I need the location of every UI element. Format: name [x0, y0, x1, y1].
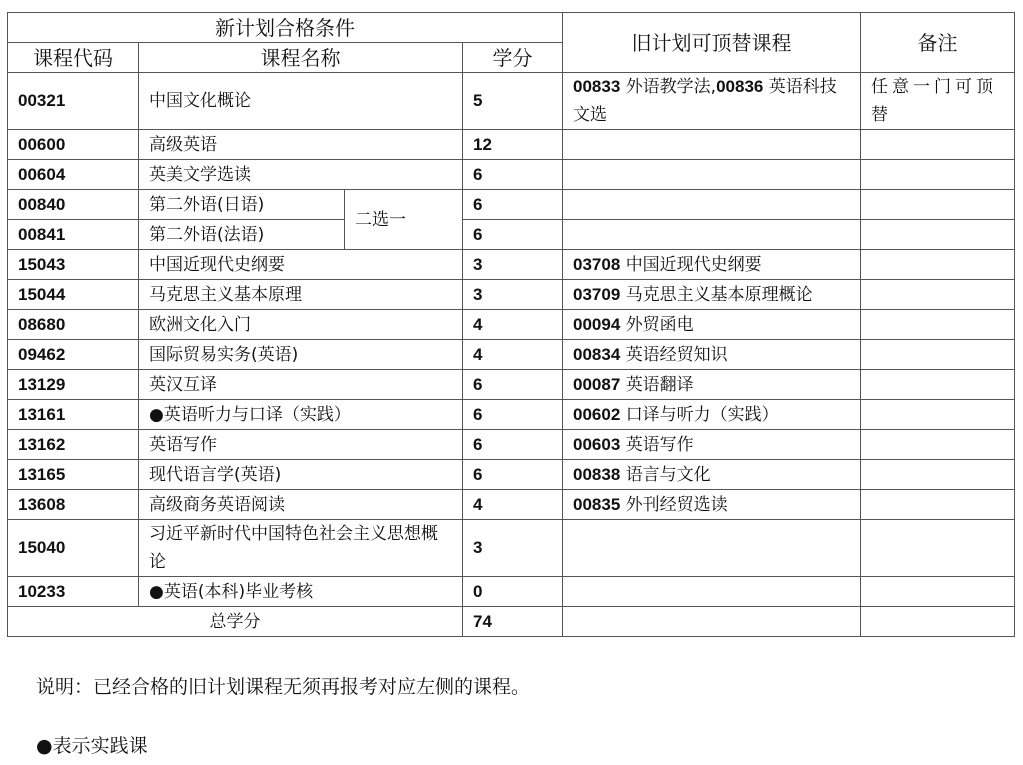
course-code: 13165: [8, 460, 139, 490]
new-plan-group-header: 新计划合格条件: [8, 13, 563, 43]
course-credit: 3: [463, 250, 563, 280]
remark: [861, 577, 1015, 607]
course-credit: 6: [463, 220, 563, 250]
course-name: 欧洲文化入门: [139, 310, 463, 340]
remark: 任意一门可顶替: [861, 73, 1015, 130]
table-row: 15044 马克思主义基本原理 3 03709 马克思主义基本原理概论: [8, 280, 1015, 310]
old-course: [563, 607, 861, 637]
total-label: 总学分: [8, 607, 463, 637]
credit-header: 学分: [463, 43, 563, 73]
course-credit: 6: [463, 460, 563, 490]
old-course: 03708 中国近现代史纲要: [563, 250, 861, 280]
explanation-note: 说明：已经合格的旧计划课程无须再报考对应左侧的课程。: [36, 672, 530, 699]
course-credit: 5: [463, 73, 563, 130]
code-header: 课程代码: [8, 43, 139, 73]
course-name: 第二外语(日语): [139, 190, 345, 220]
course-name: 中国近现代史纲要: [139, 250, 463, 280]
remark: [861, 130, 1015, 160]
old-course: 00087 英语翻译: [563, 370, 861, 400]
table-row: 13165 现代语言学(英语) 6 00838 语言与文化: [8, 460, 1015, 490]
old-course: 00603 英语写作: [563, 430, 861, 460]
remark: [861, 607, 1015, 637]
course-credit: 0: [463, 577, 563, 607]
table-row: 10233 ●英语(本科)毕业考核 0: [8, 577, 1015, 607]
course-code: 15043: [8, 250, 139, 280]
table-row: 13608 高级商务英语阅读 4 00835 外刊经贸选读: [8, 490, 1015, 520]
remark: [861, 460, 1015, 490]
table-row: 00604 英美文学选读 6: [8, 160, 1015, 190]
total-credit: 74: [463, 607, 563, 637]
course-name: 第二外语(法语): [139, 220, 345, 250]
course-name: 中国文化概论: [139, 73, 463, 130]
course-name: 现代语言学(英语): [139, 460, 463, 490]
old-course: 00834 英语经贸知识: [563, 340, 861, 370]
old-course: 00094 外贸函电: [563, 310, 861, 340]
course-credit: 3: [463, 280, 563, 310]
old-course: [563, 190, 861, 220]
course-name: 英美文学选读: [139, 160, 463, 190]
course-credit: 3: [463, 520, 563, 577]
table-row: 00600 高级英语 12: [8, 130, 1015, 160]
course-code: 00841: [8, 220, 139, 250]
course-code: 15040: [8, 520, 139, 577]
old-course: [563, 160, 861, 190]
table-row: 15043 中国近现代史纲要 3 03708 中国近现代史纲要: [8, 250, 1015, 280]
course-code: 09462: [8, 340, 139, 370]
remark: [861, 220, 1015, 250]
remark: [861, 490, 1015, 520]
course-code: 00604: [8, 160, 139, 190]
header-row-1: 新计划合格条件 旧计划可顶替课程 备注: [8, 13, 1015, 43]
remark: [861, 370, 1015, 400]
practice-legend: ●表示实践课: [36, 731, 148, 758]
course-credit: 6: [463, 370, 563, 400]
course-code: 13162: [8, 430, 139, 460]
course-credit: 4: [463, 310, 563, 340]
choose-one-label: 二选一: [345, 190, 463, 250]
course-name: ●英语听力与口译（实践）: [139, 400, 463, 430]
table-row: 09462 国际贸易实务(英语) 4 00834 英语经贸知识: [8, 340, 1015, 370]
old-course: [563, 220, 861, 250]
table-row: 13129 英汉互译 6 00087 英语翻译: [8, 370, 1015, 400]
course-credit: 6: [463, 400, 563, 430]
course-code: 08680: [8, 310, 139, 340]
course-credit: 4: [463, 490, 563, 520]
remark: [861, 250, 1015, 280]
remark: [861, 190, 1015, 220]
old-plan-header: 旧计划可顶替课程: [563, 13, 861, 73]
course-credit: 12: [463, 130, 563, 160]
old-course: 00602 口译与听力（实践）: [563, 400, 861, 430]
course-name: ●英语(本科)毕业考核: [139, 577, 463, 607]
remark: [861, 520, 1015, 577]
table-row: 08680 欧洲文化入门 4 00094 外贸函电: [8, 310, 1015, 340]
course-name: 英语写作: [139, 430, 463, 460]
course-code: 10233: [8, 577, 139, 607]
remark: [861, 310, 1015, 340]
course-code: 13161: [8, 400, 139, 430]
table-row: 00321 中国文化概论 5 00833 外语教学法,00836 英语科技文选 …: [8, 73, 1015, 130]
remark: [861, 160, 1015, 190]
table-row: 00840 第二外语(日语) 二选一 6: [8, 190, 1015, 220]
old-course: [563, 130, 861, 160]
course-code: 13129: [8, 370, 139, 400]
table-row: 13161 ●英语听力与口译（实践） 6 00602 口译与听力（实践）: [8, 400, 1015, 430]
old-course: 03709 马克思主义基本原理概论: [563, 280, 861, 310]
total-row: 总学分 74: [8, 607, 1015, 637]
remark: [861, 430, 1015, 460]
course-name: 高级英语: [139, 130, 463, 160]
course-name: 英汉互译: [139, 370, 463, 400]
course-mapping-table: 新计划合格条件 旧计划可顶替课程 备注 课程代码 课程名称 学分 00321 中…: [7, 12, 1015, 637]
course-credit: 6: [463, 190, 563, 220]
course-code: 13608: [8, 490, 139, 520]
remark: [861, 340, 1015, 370]
table-row: 00841 第二外语(法语) 6: [8, 220, 1015, 250]
old-course: 00838 语言与文化: [563, 460, 861, 490]
remark-header: 备注: [861, 13, 1015, 73]
course-name: 国际贸易实务(英语): [139, 340, 463, 370]
old-course: [563, 520, 861, 577]
course-code: 00840: [8, 190, 139, 220]
course-code: 00600: [8, 130, 139, 160]
course-name: 习近平新时代中国特色社会主义思想概论: [139, 520, 463, 577]
course-credit: 4: [463, 340, 563, 370]
old-course: [563, 577, 861, 607]
table-row: 15040 习近平新时代中国特色社会主义思想概论 3: [8, 520, 1015, 577]
course-code: 15044: [8, 280, 139, 310]
name-header: 课程名称: [139, 43, 463, 73]
course-name: 高级商务英语阅读: [139, 490, 463, 520]
course-credit: 6: [463, 430, 563, 460]
table-row: 13162 英语写作 6 00603 英语写作: [8, 430, 1015, 460]
old-course: 00835 外刊经贸选读: [563, 490, 861, 520]
old-course: 00833 外语教学法,00836 英语科技文选: [563, 73, 861, 130]
course-name: 马克思主义基本原理: [139, 280, 463, 310]
course-code: 00321: [8, 73, 139, 130]
remark: [861, 280, 1015, 310]
course-credit: 6: [463, 160, 563, 190]
remark: [861, 400, 1015, 430]
